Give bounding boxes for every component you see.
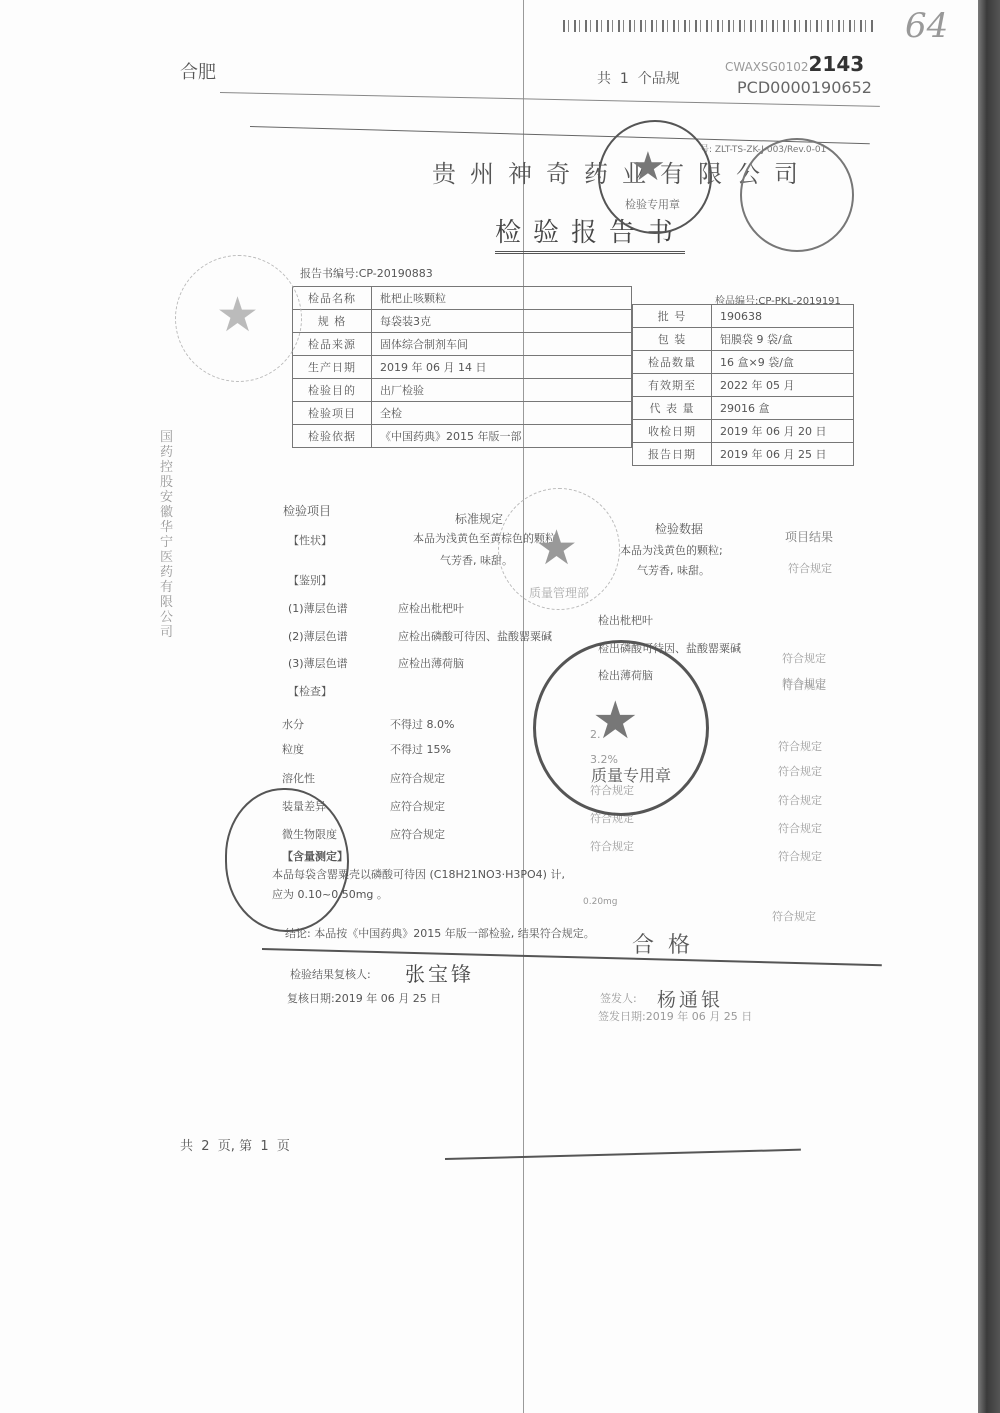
info-row: 有效期至2022 年 05 月 [633,374,854,397]
info-value: 每袋装3克 [372,310,632,333]
city-label: 合肥 [180,58,216,84]
review-date: 复核日期:2019 年 06 月 25 日 [287,990,441,1006]
report-number-label: 报告书编号: [300,267,359,280]
stamp-left-top: ★ [175,255,302,382]
info-value: 16 盒×9 袋/盒 [712,351,854,374]
ident-item: (3)薄层色谱 [288,655,348,671]
side-company-text: 国药控股安徽华宁医药有限公司 [160,430,176,640]
issuer-label: 签发人: [600,990,637,1006]
check-result: 符合规定 [778,820,822,836]
sample-info-table-left: 检品名称枇杷止咳颗粒规 格每袋装3克检品来源固体综合制剂车间生产日期2019 年… [292,286,632,448]
info-row: 检验依据《中国药典》2015 年版一部 [293,425,632,448]
col-header-standard: 标准规定 [455,510,503,527]
ident-result: 符合规定 [782,675,826,691]
info-value: 枇杷止咳颗粒 [372,287,632,310]
stamp-left-bottom [225,788,349,932]
stamp-guizhou-inspection: ★ 检验专用章 [598,120,712,234]
verdict: 合 格 [632,928,690,959]
character-result: 符合规定 [788,560,832,576]
scan-edge [978,0,1000,1413]
info-row: 生产日期2019 年 06 月 14 日 [293,356,632,379]
conclusion: 结论: 本品按《中国药典》2015 年版一部检验, 结果符合规定。 [285,925,595,941]
check-item: 溶化性 [282,770,315,786]
info-row: 检品数量16 盒×9 袋/盒 [633,351,854,374]
review-date-value: 2019 年 06 月 25 日 [335,992,441,1005]
check-result: 符合规定 [778,763,822,779]
info-value: 铝膜袋 9 袋/盒 [712,328,854,351]
info-label: 规 格 [293,310,372,333]
stamp-anqing-quality: ★ 质量专用章 [533,640,709,816]
info-label: 有效期至 [633,374,712,397]
check-result: 符合规定 [778,738,822,754]
sample-info-table-right: 批 号190638包 装铝膜袋 9 袋/盒检品数量16 盒×9 袋/盒有效期至2… [632,304,854,466]
reviewer-signature: 张宝锋 [405,958,474,987]
stamp-right-top [740,138,854,252]
reviewer-label: 检验结果复核人: [290,966,371,982]
stamp-quality-dept: ★ 质量管理部 [498,488,620,610]
info-value: 2019 年 06 月 25 日 [712,443,854,466]
info-row: 批 号190638 [633,305,854,328]
info-label: 代 表 量 [633,397,712,420]
info-label: 检验项目 [293,402,372,425]
info-value: 固体综合制剂车间 [372,333,632,356]
info-value: 2019 年 06 月 20 日 [712,420,854,443]
barcode [563,20,873,32]
col-header-data: 检验数据 [655,520,703,537]
check-result: 符合规定 [778,792,822,808]
page-indicator: 共 2 页, 第 1 页 [180,1135,290,1154]
handwritten-number: 64 [905,6,948,46]
issue-date-value: 2019 年 06 月 25 日 [646,1010,752,1023]
pcd-code: PCD0000190652 [737,78,872,97]
section-character: 【性状】 [288,532,332,548]
info-value: 2022 年 05 月 [712,374,854,397]
report-number-value: CP-20190883 [359,267,433,280]
ident-result: 符合规定 [782,650,826,666]
info-label: 检品数量 [633,351,712,374]
info-row: 规 格每袋装3克 [293,310,632,333]
col-header-result: 项目结果 [785,528,833,545]
character-data-1: 本品为浅黄色的颗粒; [620,542,723,558]
check-standard: 应符合规定 [390,770,445,786]
conclusion-rule [262,948,882,966]
character-data-2: 气芳香, 味甜。 [637,562,710,578]
info-label: 检品名称 [293,287,372,310]
info-label: 收检日期 [633,420,712,443]
info-value: 全检 [372,402,632,425]
info-row: 包 装铝膜袋 9 袋/盒 [633,328,854,351]
info-label: 包 装 [633,328,712,351]
stamp-inner-text: 质量管理部 [529,584,589,601]
review-date-label: 复核日期: [287,992,335,1005]
star-icon: ★ [592,695,639,747]
section-inspection: 【检查】 [288,683,332,699]
check-item: 粒度 [282,741,304,757]
info-value: 190638 [712,305,854,328]
info-label: 报告日期 [633,443,712,466]
info-label: 检验目的 [293,379,372,402]
stamp-inner-text: 检验专用章 [625,196,680,212]
conclusion-text: 本品按《中国药典》2015 年版一部检验, 结果符合规定。 [314,927,594,940]
footer-rule [445,1149,801,1160]
assay-data: 0.20mg [583,897,618,907]
check-standard: 应符合规定 [390,798,445,814]
info-label: 批 号 [633,305,712,328]
info-row: 检品来源固体综合制剂车间 [293,333,632,356]
check-standard: 不得过 8.0% [390,716,454,732]
report-number: 报告书编号:CP-20190883 [300,265,433,281]
info-row: 报告日期2019 年 06 月 25 日 [633,443,854,466]
star-icon: ★ [216,291,259,339]
info-value: 出厂检验 [372,379,632,402]
check-data: 符合规定 [590,838,634,854]
info-row: 检验目的出厂检验 [293,379,632,402]
count-label: 共 1 个品规 [597,68,680,88]
star-icon: ★ [535,524,578,572]
document-code: CWAXSG01022143 [725,52,864,76]
ident-standard: 应检出薄荷脑 [398,655,464,671]
info-label: 检验依据 [293,425,372,448]
ident-item: (2)薄层色谱 [288,628,348,644]
col-header-item: 检验项目 [283,502,331,519]
code-suffix: 2143 [808,52,864,76]
stamp-inner-text: 质量专用章 [591,763,671,786]
assay-result: 符合规定 [772,908,816,924]
info-row: 检品名称枇杷止咳颗粒 [293,287,632,310]
ident-item: (1)薄层色谱 [288,600,348,616]
info-label: 检品来源 [293,333,372,356]
info-row: 代 表 量29016 盒 [633,397,854,420]
check-item: 水分 [282,716,304,732]
info-row: 收检日期2019 年 06 月 20 日 [633,420,854,443]
info-row: 检验项目全检 [293,402,632,425]
issue-date-label: 签发日期: [598,1010,646,1023]
check-standard: 不得过 15% [390,741,451,757]
check-result: 符合规定 [778,848,822,864]
ident-standard: 应检出磷酸可待因、盐酸罂粟碱 [398,628,552,644]
info-label: 生产日期 [293,356,372,379]
ident-data: 检出枇杷叶 [598,612,653,628]
info-value: 《中国药典》2015 年版一部 [372,425,632,448]
ident-standard: 应检出枇杷叶 [398,600,464,616]
section-identification: 【鉴别】 [288,572,332,588]
check-standard: 应符合规定 [390,826,445,842]
star-icon: ★ [630,147,666,187]
issue-date: 签发日期:2019 年 06 月 25 日 [598,1008,752,1024]
info-value: 2019 年 06 月 14 日 [372,356,632,379]
code-prefix: CWAXSG0102 [725,60,808,74]
info-value: 29016 盒 [712,397,854,420]
